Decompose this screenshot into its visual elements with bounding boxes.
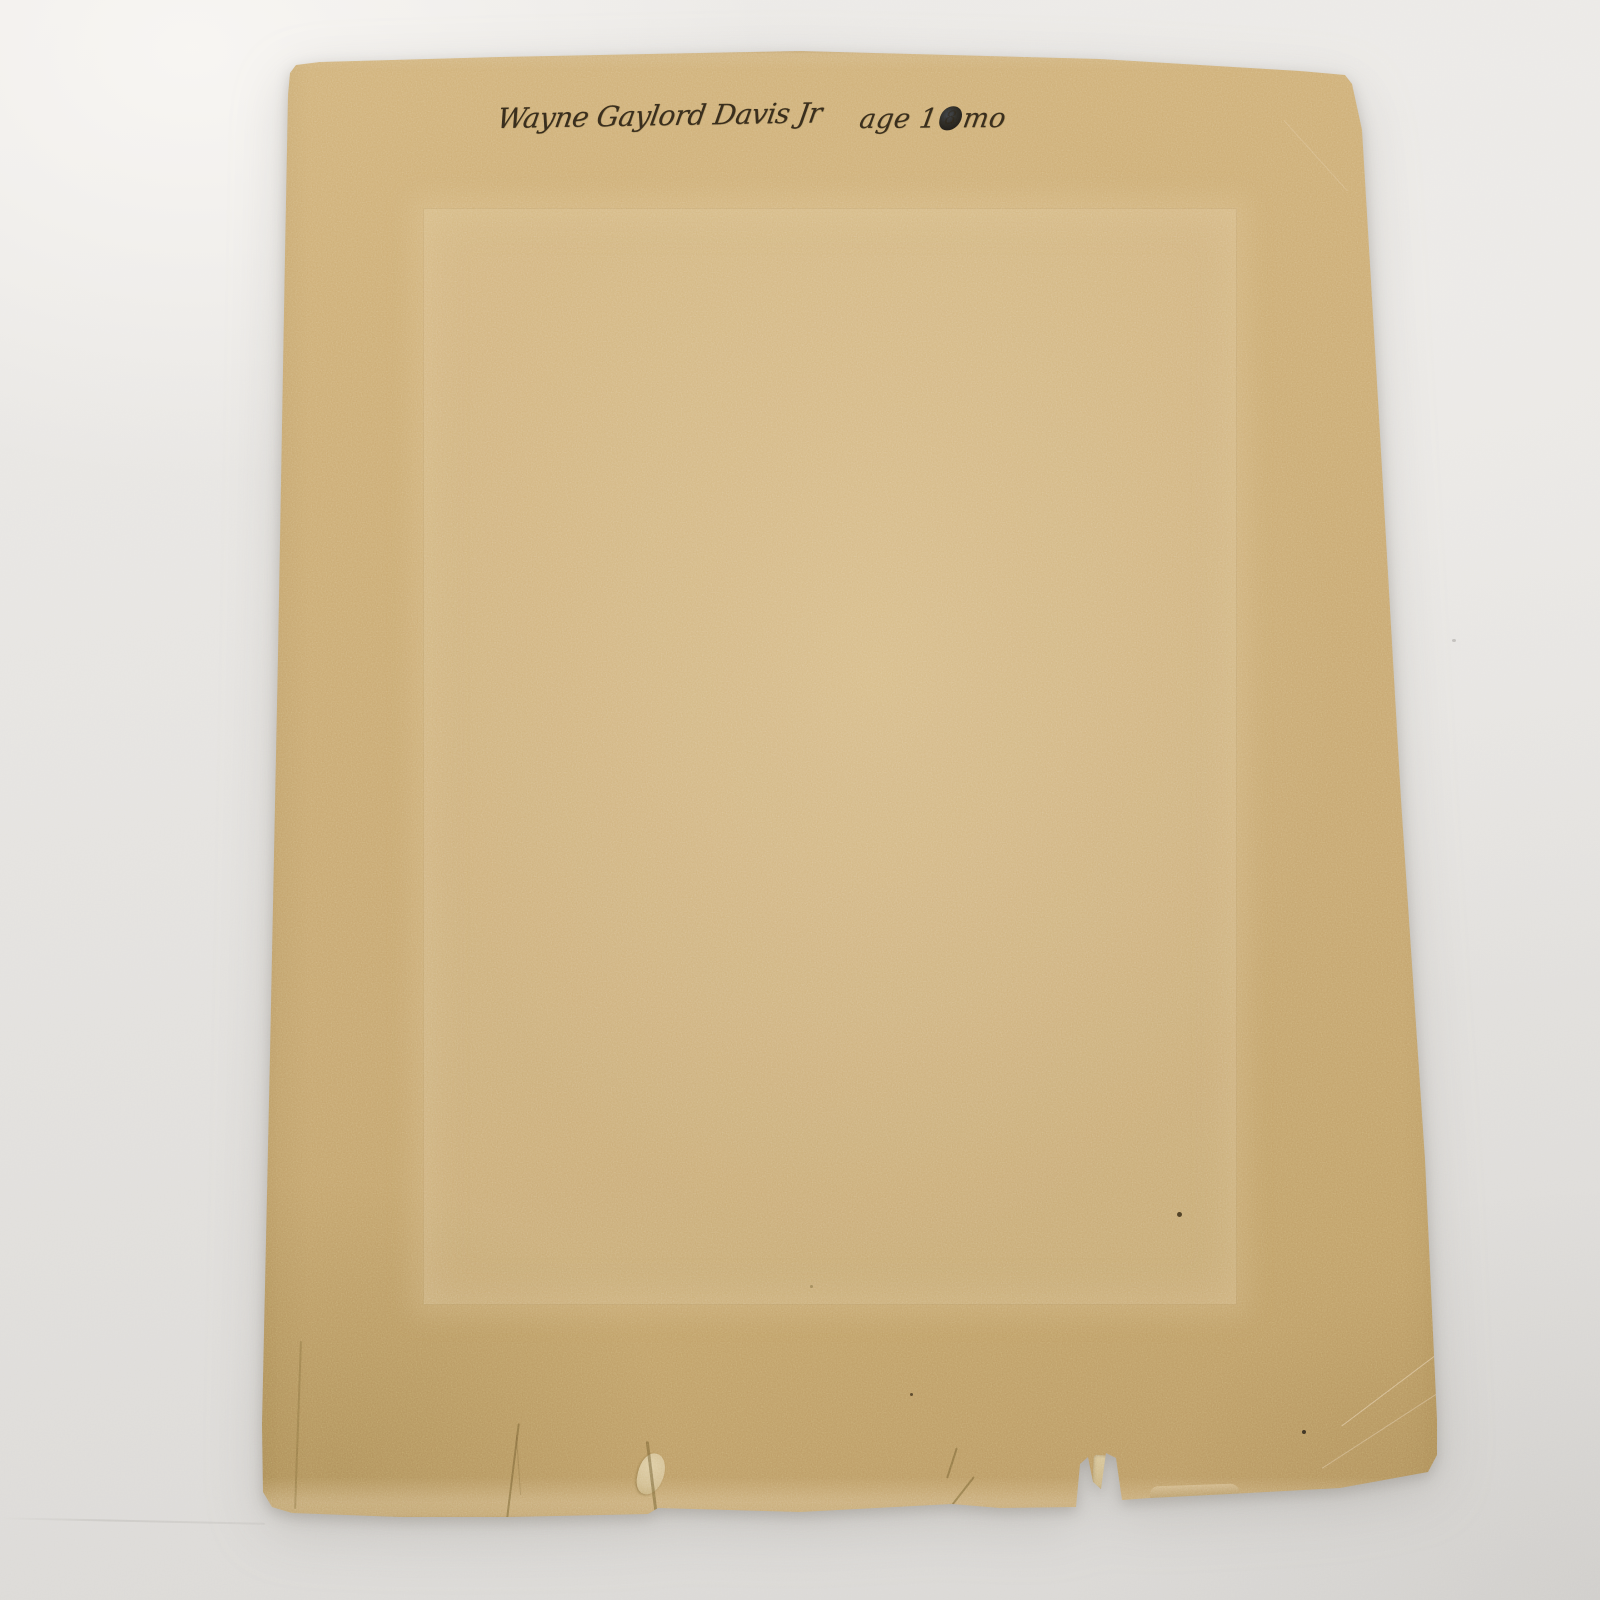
card-edge-shading bbox=[250, 45, 1450, 1525]
cabinet-card-shadow-wrap: Wayne Gaylord Davis Jr age 18mo bbox=[250, 45, 1450, 1525]
paper-speck bbox=[1177, 1212, 1182, 1217]
backdrop-speck bbox=[1452, 639, 1456, 642]
paper-speck bbox=[810, 1285, 813, 1288]
ink-blot: 8 bbox=[937, 106, 963, 130]
cabinet-card-back: Wayne Gaylord Davis Jr age 18mo bbox=[250, 45, 1450, 1525]
paper-speck bbox=[910, 1393, 913, 1396]
edge-chip bbox=[1150, 1483, 1240, 1500]
handwritten-inscription: Wayne Gaylord Davis Jr age 18mo bbox=[497, 92, 1078, 192]
inscription-age-prefix: age 1 bbox=[857, 103, 940, 135]
backdrop-wrinkle bbox=[0, 1517, 265, 1525]
inscription-age: age 18mo bbox=[857, 103, 1008, 135]
photo-backdrop: Wayne Gaylord Davis Jr age 18mo bbox=[0, 0, 1600, 1600]
notch-hanging-tab bbox=[1092, 1455, 1108, 1490]
paper-speck bbox=[1302, 1430, 1306, 1434]
inscription-age-suffix: mo bbox=[961, 103, 1009, 134]
inscription-name: Wayne Gaylord Davis Jr bbox=[495, 96, 824, 135]
